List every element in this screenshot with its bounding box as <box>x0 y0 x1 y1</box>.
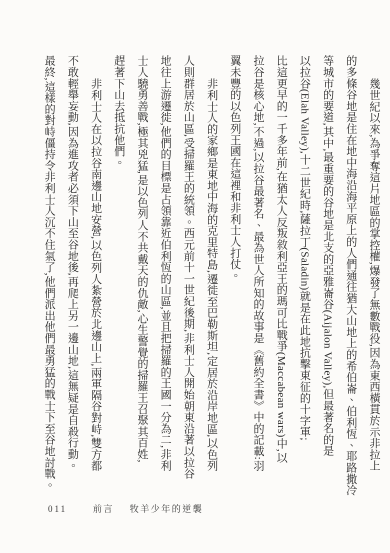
text-column: 以拉谷(Elah Valley),十二世紀時,薩拉丁(Saladin)就是在此地… <box>292 55 315 505</box>
text-column: 非利士人在以拉谷南邊山地安營,以色列人紮營於北邊山上,兩軍隔谷對峙,雙方都 <box>83 55 106 528</box>
text-column: 拉谷是核心地,不過,以拉谷最著名、最為世人所知的故事是《舊約全書》中的記載:羽 <box>246 55 269 505</box>
text-column: 翼未豐的以色列王國在這裡和非利士人打仗。 <box>223 55 246 505</box>
chapter-title: 牧羊少年的逆襲 <box>130 504 204 514</box>
text-column: 幾世紀以來,為爭奪這片地區的掌控權,爆發了無數戰役,因為東西橫貫於示非拉上 <box>362 55 385 528</box>
page-footer: 011 前言 牧羊少年的逆襲 <box>48 502 203 515</box>
preface-text-block: 幾世紀以來,為爭奪這片地區的掌控權,爆發了無數戰役,因為東西橫貫於示非拉上 的多… <box>37 55 385 505</box>
text-column: 人則群居於山區,受掃羅王的統領。西元前十一世紀後期,非利士人開始朝東沿著以拉谷 <box>176 55 199 505</box>
text-column: 非利士人的家鄉是東地中海的克里特島,遷徙至巴勒斯坦,定居於沿岸地區,以色列 <box>199 55 222 528</box>
section-label: 前言 <box>93 504 114 514</box>
text-column: 最終,這樣的對峙僵持令非利士人沉不住氣了,他們派出他們最勇猛的戰士下至谷地討戰。 <box>37 55 60 505</box>
text-column: 不敢輕舉妄動,因為進攻者必須下山至谷地後,再爬上另一邊山地,這無疑是自殺行動。 <box>60 55 83 505</box>
page-number: 011 <box>48 504 67 514</box>
text-column: 趕著下山去抵抗他們。 <box>107 55 130 505</box>
text-column: 的多條谷地是住在地中海沿海平原上的人們通往猶大山地上的希伯崙、伯利恆、耶路撒冷 <box>339 55 362 505</box>
text-column: 士人驍勇善戰,極其兇猛,是以色列人不共戴天的仇敵,心生警覺的掃羅王召聚其百姓, <box>130 55 153 505</box>
book-page: 幾世紀以來,為爭奪這片地區的掌控權,爆發了無數戰役,因為東西橫貫於示非拉上 的多… <box>0 0 390 553</box>
text-column: 等城市的要道,其中,最重要的谷地是北支的亞雅崙谷(Aijalon Valley)… <box>315 55 338 505</box>
text-column: 比這更早的一千多年前,在猶太人反叛敘利亞王的瑪可比戰爭(Maccabean wa… <box>269 55 292 505</box>
text-column: 地往上游遷徙,他們的目標是占領靠近伯利恆的山區,並且把掃羅的王國一分為二,非利 <box>153 55 176 505</box>
